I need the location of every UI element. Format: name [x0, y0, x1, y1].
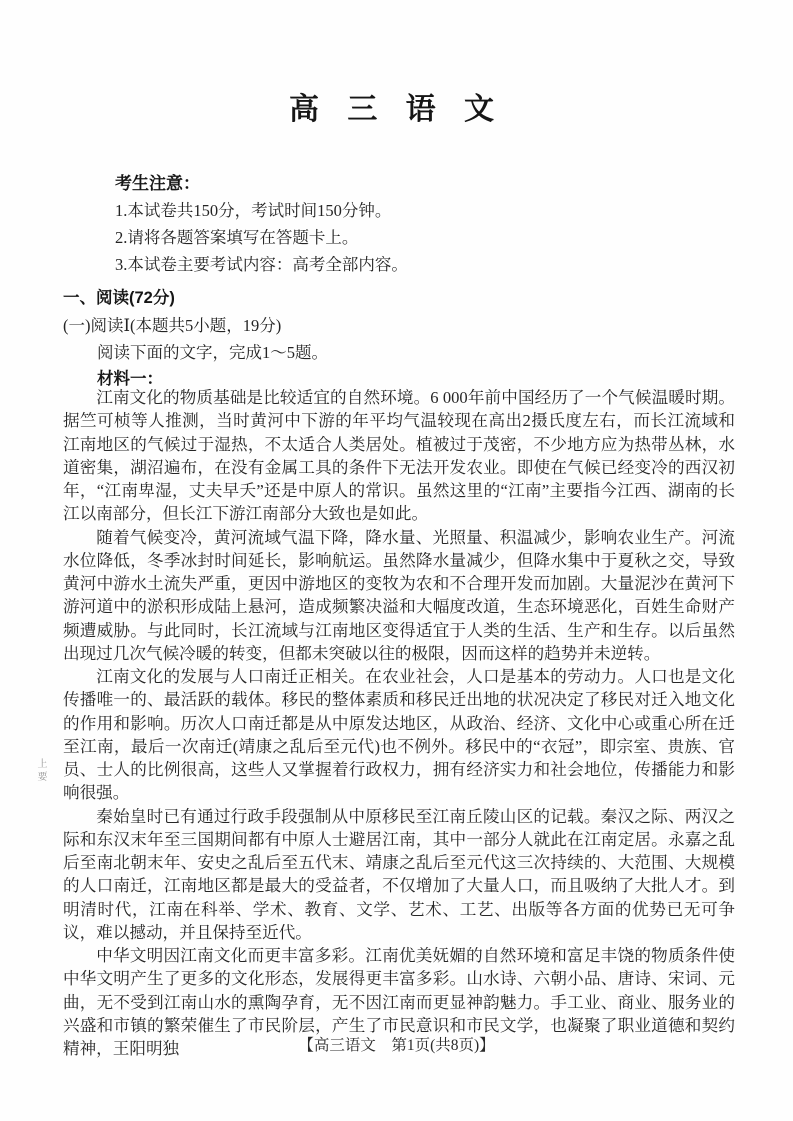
notice-item: 2.请将各题答案填写在答题卡上。 [115, 224, 723, 251]
candidate-notice: 考生注意： 1.本试卷共150分，考试时间150分钟。 2.请将各题答案填写在答… [115, 170, 723, 278]
page-title: 高 三 语 文 [0, 84, 793, 128]
body-paragraph: 秦始皇时已有通过行政手段强制从中原移民至江南丘陵山区的记载。秦汉之际、两汉之际和… [63, 805, 735, 945]
margin-binding-mark: 上要 [33, 758, 48, 784]
material-body: 江南文化的物质基础是比较适宜的自然环境。6 000年前中国经历了一个气候温暖时期… [63, 386, 735, 1060]
reading-instruction: 阅读下面的文字，完成1～5题。 [63, 339, 733, 366]
part-heading: (一)阅读Ⅰ(本题共5小题，19分) [63, 312, 733, 339]
notice-item: 1.本试卷共150分，考试时间150分钟。 [115, 197, 723, 224]
notice-item: 3.本试卷主要考试内容：高考全部内容。 [115, 251, 723, 278]
notice-heading: 考生注意： [115, 170, 723, 197]
exam-paper-page: 高 三 语 文 考生注意： 1.本试卷共150分，考试时间150分钟。 2.请将… [0, 0, 793, 1121]
body-paragraph: 江南文化的发展与人口南迁正相关。在农业社会，人口是基本的劳动力。人口也是文化传播… [63, 665, 735, 805]
body-paragraph: 随着气候变冷，黄河流域气温下降，降水量、光照量、积温减少，影响农业生产。河流水位… [63, 526, 735, 666]
body-paragraph: 江南文化的物质基础是比较适宜的自然环境。6 000年前中国经历了一个气候温暖时期… [63, 386, 735, 526]
page-footer: 【高三语文 第1页(共8页)】 [0, 1033, 793, 1055]
reading-section-header: 一、阅读(72分) (一)阅读Ⅰ(本题共5小题，19分) 阅读下面的文字，完成1… [63, 285, 733, 393]
section-heading: 一、阅读(72分) [63, 285, 733, 312]
